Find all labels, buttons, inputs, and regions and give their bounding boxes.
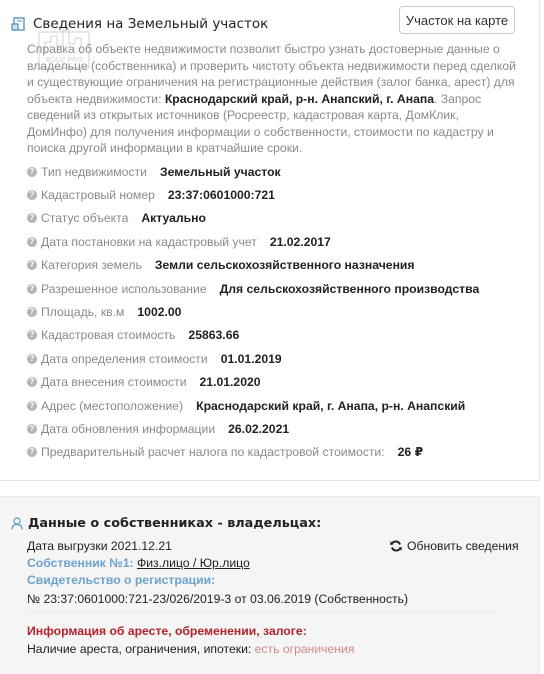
encumbrance-label: Наличие ареста, ограничения, ипотеки: <box>27 642 255 656</box>
property-row: ?Категория земельЗемли сельскохозяйствен… <box>27 254 479 277</box>
property-row: ?Кадастровый номер23:37:0601000:721 <box>27 183 479 206</box>
property-label: Дата определения стоимости <box>41 352 208 366</box>
property-label: Дата внесения стоимости <box>41 375 187 389</box>
certificate-label: Свидетельство о регистрации: <box>27 573 215 587</box>
encumbrance-row: Наличие ареста, ограничения, ипотеки: ес… <box>27 642 354 656</box>
property-row: ?Адрес (местоположение)Краснодарский кра… <box>27 394 479 417</box>
property-row: ?Предварительный расчет налога по кадаст… <box>27 441 479 464</box>
property-label: Дата обновления информации <box>41 422 215 436</box>
help-icon[interactable]: ? <box>27 284 37 294</box>
help-icon[interactable]: ? <box>27 237 37 247</box>
property-label: Кадастровый номер <box>41 188 155 202</box>
property-value: Земельный участок <box>160 165 281 179</box>
refresh-icon <box>390 540 402 552</box>
property-label: Дата постановки на кадастровый учет <box>41 235 257 249</box>
help-icon[interactable]: ? <box>27 377 37 387</box>
property-value: 21.02.2017 <box>270 235 331 249</box>
help-icon[interactable]: ? <box>27 307 37 317</box>
property-row: ?Статус объектаАктуально <box>27 207 479 230</box>
property-row: ?Разрешенное использованиеДля сельскохоз… <box>27 277 479 300</box>
property-value: Краснодарский край, г. Анапа, р-н. Анапс… <box>196 399 465 413</box>
property-label: Разрешенное использование <box>41 282 207 296</box>
help-icon[interactable]: ? <box>27 401 37 411</box>
property-row: ?Кадастровая стоимость25863.66 <box>27 324 479 347</box>
help-icon[interactable]: ? <box>27 424 37 434</box>
property-row: ?Дата постановки на кадастровый учет21.0… <box>27 230 479 253</box>
owners-card-header: Данные о собственниках - владельцах: <box>11 516 321 531</box>
owner-row: Собственник №1: Физ.лицо / Юр.лицо <box>27 556 250 570</box>
property-row: ?Дата определения стоимости01.01.2019 <box>27 347 479 370</box>
document-map-icon <box>11 17 25 31</box>
object-address-bold: Краснодарский край, р-н. Анапский, г. Ан… <box>165 92 434 106</box>
owners-card: Данные о собственниках - владельцах: Дат… <box>0 496 540 674</box>
property-value: 25863.66 <box>188 328 239 342</box>
help-icon[interactable]: ? <box>27 354 37 364</box>
refresh-button[interactable]: Обновить сведения <box>390 539 519 553</box>
help-icon[interactable]: ? <box>27 167 37 177</box>
property-value: Земли сельскохозяйственного назначения <box>155 258 415 272</box>
refresh-label: Обновить сведения <box>407 539 519 553</box>
property-label: Тип недвижимости <box>41 165 147 179</box>
map-button[interactable]: Участок на карте <box>399 6 515 34</box>
property-value: 01.01.2019 <box>221 352 282 366</box>
user-icon <box>11 517 23 530</box>
property-value: Для сельскохозяйственного производства <box>220 282 480 296</box>
property-label: Площадь, кв.м <box>41 305 124 319</box>
export-date: Дата выгрузки 2021.12.21 <box>27 539 172 553</box>
encumbrance-value: есть ограничения <box>255 642 355 656</box>
property-value: 21.01.2020 <box>200 375 261 389</box>
property-label: Категория земель <box>41 258 142 272</box>
property-row: ?Дата обновления информации26.02.2021 <box>27 417 479 440</box>
property-value: 26.02.2021 <box>228 422 289 436</box>
property-value: Актуально <box>141 211 206 225</box>
property-value: 26 ₽ <box>398 445 423 459</box>
owners-card-title: Данные о собственниках - владельцах: <box>28 516 321 531</box>
property-label: Предварительный расчет налога по кадастр… <box>41 445 385 459</box>
help-icon[interactable]: ? <box>27 213 37 223</box>
property-row: ?Тип недвижимостиЗемельный участок <box>27 160 479 183</box>
help-icon[interactable]: ? <box>27 190 37 200</box>
property-row: ?Дата внесения стоимости21.01.2020 <box>27 371 479 394</box>
property-list: ?Тип недвижимостиЗемельный участок?Кадас… <box>27 160 479 464</box>
property-label: Статус объекта <box>41 211 128 225</box>
property-value: 23:37:0601000:721 <box>168 188 275 202</box>
property-label: Кадастровая стоимость <box>41 328 175 342</box>
property-value: 1002.00 <box>137 305 181 319</box>
property-row: ?Площадь, кв.м1002.00 <box>27 300 479 323</box>
divider <box>27 612 497 613</box>
owner-type-link[interactable]: Физ.лицо / Юр.лицо <box>137 556 250 570</box>
encumbrance-heading: Информация об аресте, обременении, залог… <box>27 624 307 638</box>
land-info-card: Сведения на Земельный участок Участок на… <box>0 0 540 481</box>
help-icon[interactable]: ? <box>27 330 37 340</box>
property-label: Адрес (местоположение) <box>41 399 183 413</box>
owner-label: Собственник №1: <box>27 556 134 570</box>
help-icon[interactable]: ? <box>27 447 37 457</box>
help-icon[interactable]: ? <box>27 260 37 270</box>
land-description: Справка об объекте недвижимости позволит… <box>27 41 517 157</box>
certificate-value: № 23:37:0601000:721-23/026/2019-3 от 03.… <box>27 592 408 606</box>
